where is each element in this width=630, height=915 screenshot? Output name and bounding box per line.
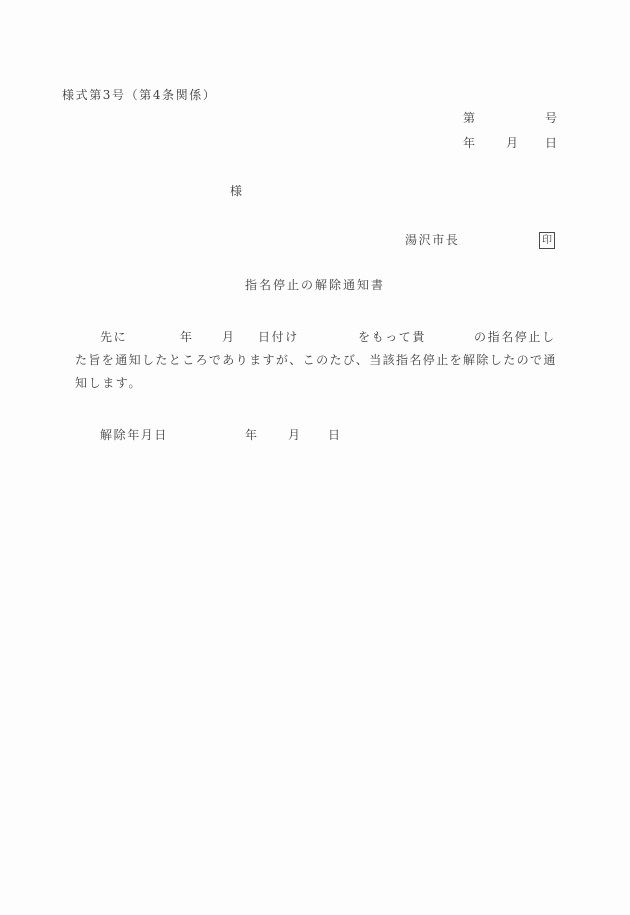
doc-number-prefix: 第 [463,111,477,126]
seal-mark-icon: 印 [539,232,555,249]
issue-date-month-label: 月 [506,136,520,151]
body-line1-date-suffix: 日付け [258,330,299,345]
doc-number-suffix: 号 [545,111,559,126]
body-line2: た旨を通知したところでありますが、このたび、当該指名停止を解除したので通 [75,353,557,368]
body-line3: 知します。 [75,376,142,391]
form-label: 様式第3号（第4条関係） [62,88,216,103]
release-date-month-label: 月 [288,428,302,443]
release-date-day-label: 日 [328,428,342,443]
sender-name: 湯沢市長 [405,233,459,248]
body-line1-month-label: 月 [222,330,236,345]
body-line1-tail: の指名停止し [474,330,556,345]
document-title: 指名停止の解除通知書 [0,278,630,293]
release-date-year-label: 年 [245,428,259,443]
issue-date-year-label: 年 [463,136,477,151]
body-line1-lead: 先に [100,330,127,345]
issue-date-day-label: 日 [545,136,559,151]
body-line1-year-label: 年 [180,330,194,345]
addressee-honorific: 様 [230,184,244,199]
document-page: 様式第3号（第4条関係） 第 号 年 月 日 様 湯沢市長 印 指名停止の解除通… [0,0,630,915]
body-line1-mid: をもって貴 [358,330,426,345]
release-date-label: 解除年月日 [100,428,168,443]
